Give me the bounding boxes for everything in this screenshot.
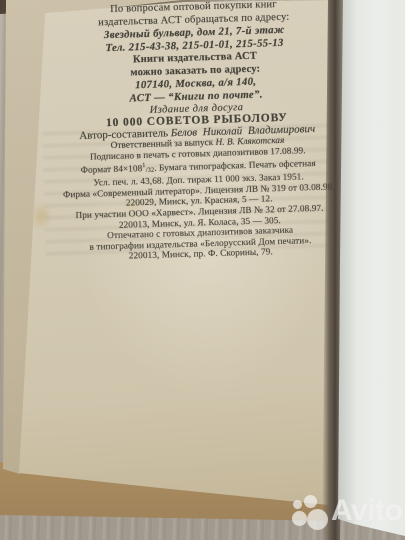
avito-logo-circle (304, 495, 317, 508)
avito-logo-icon (292, 494, 328, 528)
colophon-text: По вопросам оптовой покупки книг издател… (40, 0, 354, 264)
avito-logo-circle (292, 511, 307, 526)
avito-logo-circle (307, 509, 328, 530)
avito-watermark: Avito (292, 494, 402, 528)
book-page-photo: По вопросам оптовой покупки книг издател… (0, 0, 405, 540)
format-pre: Формат 84×108 (81, 163, 143, 175)
format-sub: /32 (146, 166, 155, 173)
avito-logo-circle (293, 500, 302, 509)
avito-watermark-text: Avito (331, 494, 402, 528)
format-post: . Бумага типографская. Печать офсетная (154, 158, 316, 173)
